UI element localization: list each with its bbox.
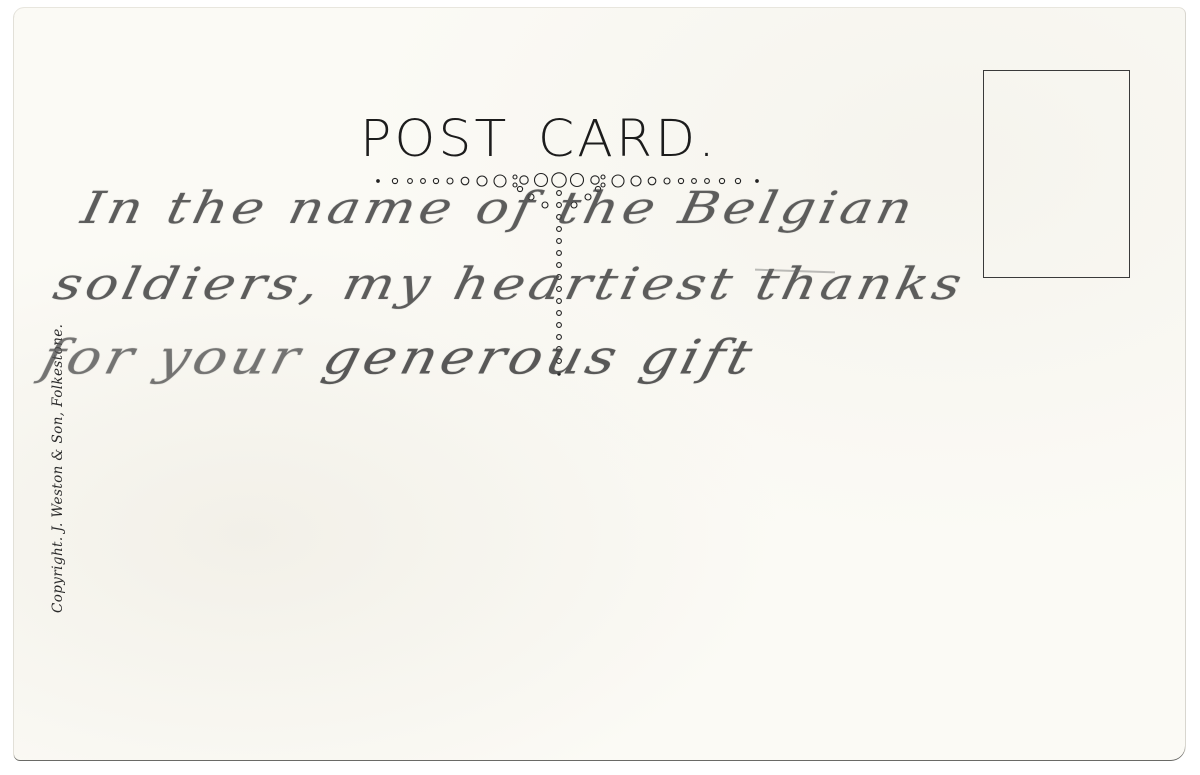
handwritten-line-1: In the name of the Belgian [77, 182, 921, 234]
handwritten-line-3-part-2: generous gift [317, 330, 761, 385]
stamp-placement-box [983, 70, 1130, 278]
handwritten-line-2: soldiers, my heartiest thanks [49, 258, 970, 310]
heading-word-post: POST [360, 110, 509, 169]
handwritten-line-3-part-1: for your [36, 330, 309, 385]
heading-word-card: CARD. [538, 110, 718, 169]
postcard-heading: POSTCARD. [360, 110, 718, 169]
handwritten-line-3: for your generous gift [36, 330, 761, 385]
